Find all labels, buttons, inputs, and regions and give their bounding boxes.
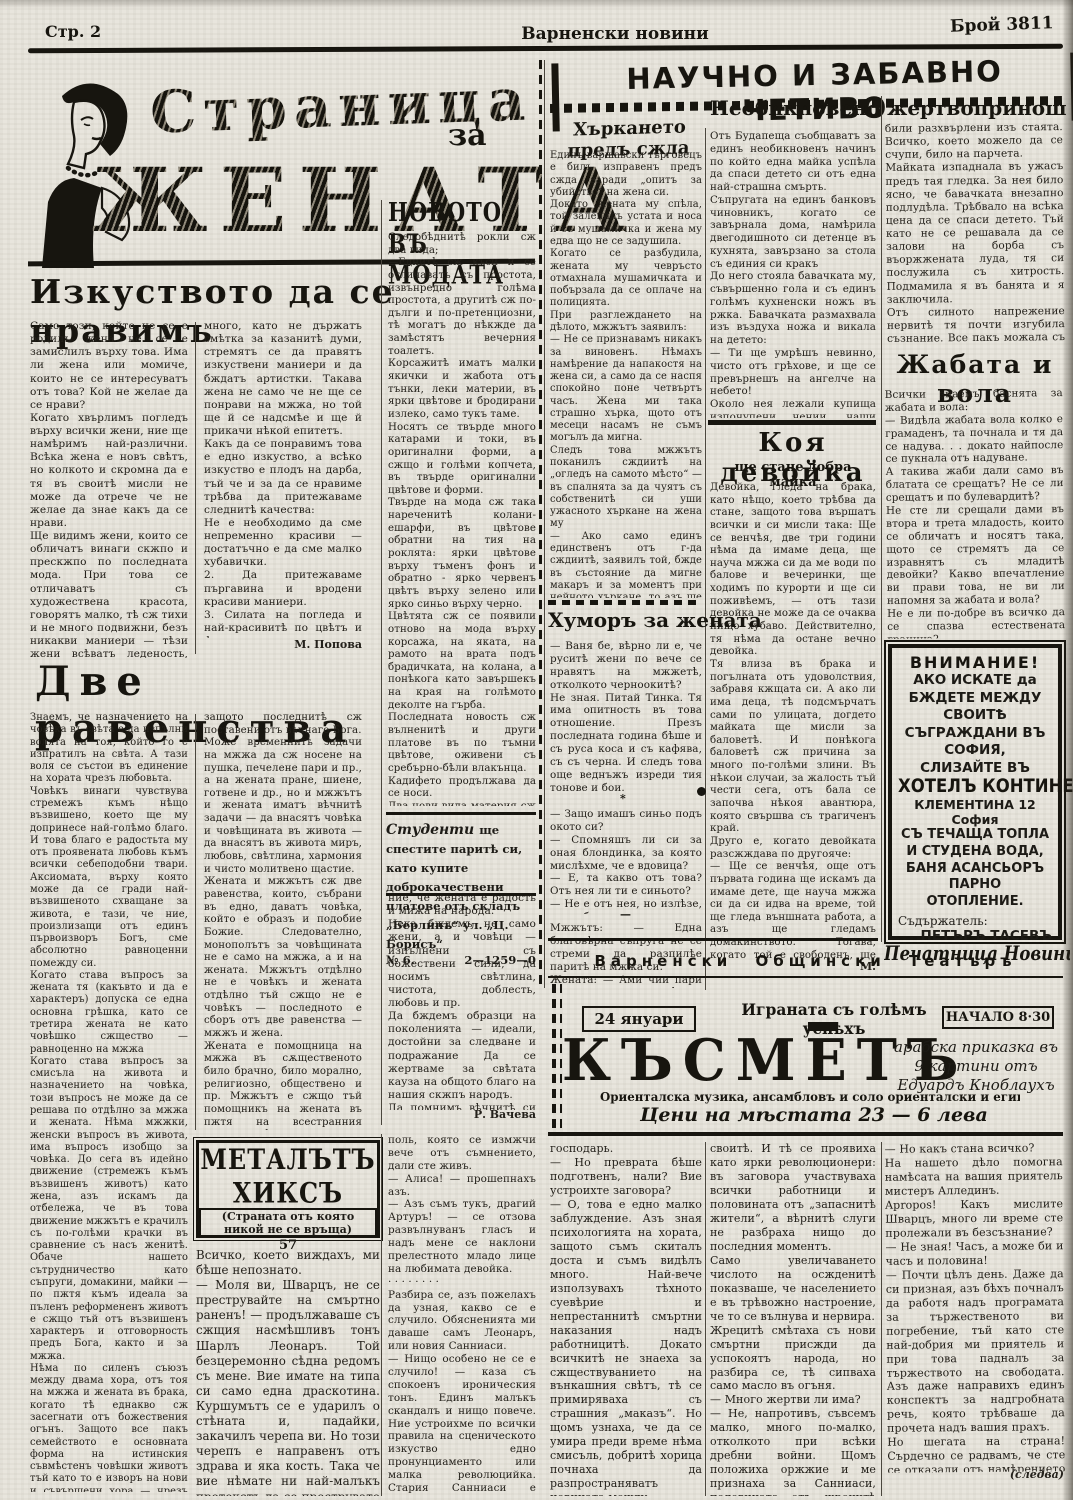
- students-fabric-ad: Студенти ще спестите паритѣ си, като куп…: [386, 812, 536, 896]
- theater-banner-rule: [548, 976, 1063, 978]
- humor-item-1: — Ваня бе, вѣрно ли е, че руситѣ жени по…: [550, 640, 702, 792]
- article-art-of-pleasing-col2: много, като не държатъ смѣтка за казанит…: [204, 320, 362, 638]
- maiden-top-rule: [708, 420, 876, 425]
- serial-novel-box: МЕТАЛЪТЪ ХИКСЪ (Страната отъ която никой…: [196, 1140, 380, 1238]
- center-divider-line: [544, 60, 545, 988]
- column-rule: [881, 96, 882, 942]
- hotel-ad-attention: ВНИМАНИЕ!: [898, 653, 1052, 672]
- hotel-ad-name: ХОТЕЛЪ КОНТИНЕНТАЛЪ: [898, 774, 1052, 796]
- humor-separator-star: *: [620, 792, 626, 805]
- serial-col2: поль, която се измжчи вече отъ съмнениет…: [388, 1134, 536, 1496]
- maiden-article-body: Девойка, гледа на брака, като нѣщо, коет…: [710, 482, 876, 960]
- header-rule: [28, 44, 1063, 54]
- column-rule: [705, 128, 706, 990]
- column-rule: [381, 1134, 382, 1496]
- two-equalities-col3: ние, че жената е радость и мижа на народ…: [388, 892, 536, 1110]
- scan-top-edge: [0, 0, 1073, 8]
- serial-to-be-continued: (следва): [980, 1468, 1064, 1481]
- theater-banner: Варненски Общински Театъръ: [548, 952, 1063, 970]
- theater-show-title: КЪСМЕТЪ: [562, 1026, 902, 1093]
- sacrifice-article-col1: Отъ Будапеща съобщаватъ за единъ необикн…: [710, 130, 876, 418]
- newspaper-page: { "colors": {"paper": "#e8e5dd", "ink": …: [0, 0, 1073, 1500]
- serial-col4: своитѣ. И тѣ се проявиха като ярки револ…: [710, 1142, 876, 1496]
- hotel-ad-line1: АКО ИСКАТЕ да БЖДЕТЕ МЕЖДУ СВОИТѢ СЪГРАЖ…: [898, 672, 1052, 760]
- theater-bottom-rule: [548, 1132, 1063, 1136]
- two-equalities-signature: Р. Вачева: [455, 1108, 536, 1121]
- theater-left-ornament: [552, 984, 556, 1130]
- serial-title: МЕТАЛЪТЪ ХИКСЪ: [199, 1143, 377, 1210]
- hotel-ad-line2: СЛИЗАЙТЕ ВЪ: [898, 760, 1052, 776]
- humor-item-2: — Защо имашъ синьо подъ окото си? — Спом…: [550, 808, 702, 914]
- newspaper-title: Варненски новини: [470, 24, 760, 44]
- fashion-column-body: Следобѣднитѣ рокли сж два вида; —Еднитѣ …: [388, 232, 536, 806]
- hotel-ad-owner-label: Съдържатель:: [898, 914, 1052, 928]
- sacrifice-article-col2: били разхвърлени изъ стаята. Всичко, кое…: [885, 121, 1065, 347]
- page-number-label: Стр. 2: [45, 22, 101, 41]
- column-rule: [881, 1142, 882, 1496]
- hotel-continental-ad: ВНИМАНИЕ! АКО ИСКАТЕ да БЖДЕТЕ МЕЖДУ СВО…: [888, 644, 1062, 940]
- hotel-ad-address: КЛЕМЕНТИНА 12 София: [898, 797, 1052, 827]
- serial-col1: Всичко, което виждахъ, ми бѣше непознато…: [196, 1248, 380, 1496]
- column-rule: [381, 200, 382, 1125]
- two-equalities-col1: Знаемъ, че назначението на човѣка въ свѣ…: [30, 712, 188, 1492]
- center-divider: [539, 60, 542, 988]
- humor-section-title: Хуморъ за жената: [548, 608, 702, 632]
- serial-col5: — Но какъ стана всичко? На нашето дѣло п…: [885, 1141, 1066, 1473]
- serial-subtitle: (Страната отъ която никой не се връща): [199, 1208, 377, 1238]
- humor-separator-dash: —: [620, 908, 631, 921]
- column-rule: [195, 714, 196, 1130]
- column-rule: [705, 1142, 706, 1496]
- column-rule: [195, 322, 196, 654]
- snoring-article-body: Единъ варшавски търговецъ е билъ изправе…: [550, 150, 702, 598]
- theater-music-line: Ориенталска музика, ансамбловъ и соло ор…: [600, 1090, 1020, 1104]
- hotel-ad-amenities: СЪ ТЕЧАЩА ТОПЛА И СТУДЕНА ВОДА, БАНЯ АСА…: [898, 827, 1052, 911]
- humor-divider: [548, 600, 702, 605]
- article-art-of-pleasing-col1: Само този, който не се е родилъ жена не …: [30, 320, 188, 658]
- serial-col3: господарь. — Но преврата бѣше подготвенъ…: [550, 1142, 702, 1496]
- theater-prices: Цени на мѣстата 23 — 6 лева: [640, 1104, 970, 1126]
- students-ad-lead: Студенти: [386, 822, 474, 838]
- article-art-signature: М. Попова: [280, 638, 362, 651]
- two-equalities-col2: защото последнитѣ сж поставени отъ вѣчна…: [204, 712, 362, 1130]
- theater-description: арабска приказка въ 9 картини отъ Едуард…: [888, 1038, 1064, 1094]
- issue-number-label: Брой 3811: [950, 13, 1054, 37]
- theater-top-rule: [548, 938, 878, 941]
- scan-right-edge: [1062, 0, 1073, 1500]
- frog-article-body: Всички знаемъ баснята за жабата и вола: …: [885, 387, 1066, 639]
- sacrifice-article-title: Необикновено жертвоприношение: [710, 96, 1066, 120]
